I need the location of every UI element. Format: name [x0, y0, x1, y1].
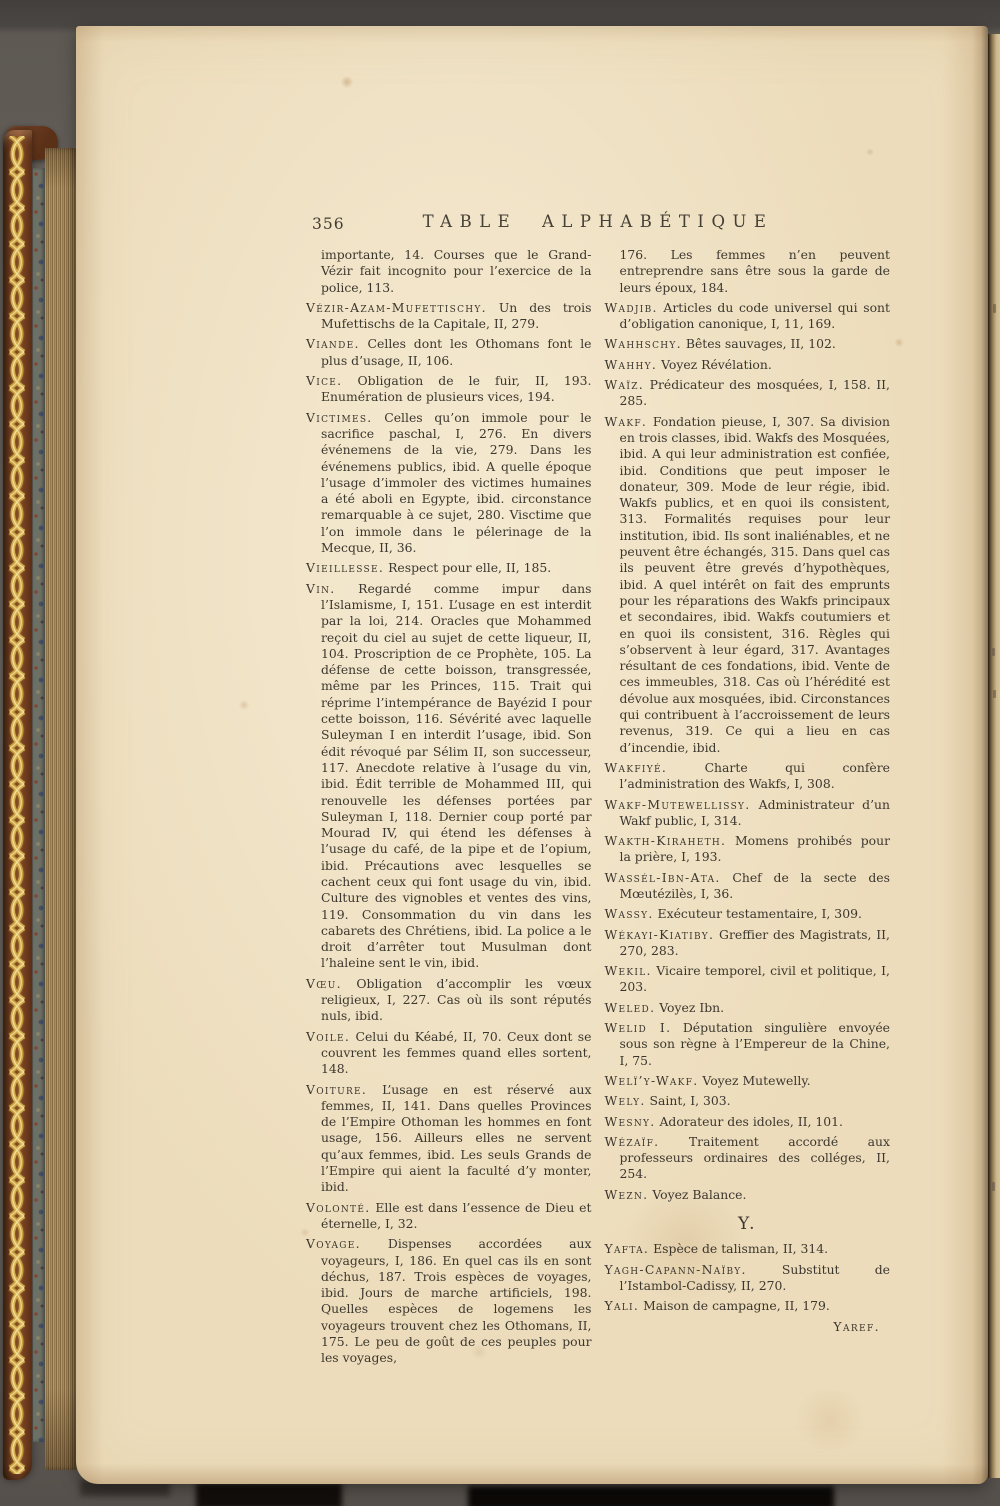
entry-term: Wakf. [605, 414, 648, 429]
index-entry: Wakf. Fondation pieuse, I, 307. Sa divis… [605, 414, 891, 756]
index-entry-continuation: importante, 14. Courses que le Grand-Véz… [306, 247, 592, 296]
entry-term: Yagh-Capann-Naïby. [605, 1262, 747, 1277]
entry-term: Wezn. [605, 1187, 649, 1202]
index-columns: importante, 14. Courses que le Grand-Véz… [306, 247, 890, 1371]
index-entry: Volonté. Elle est dans l’essence de Dieu… [306, 1200, 592, 1233]
entry-term: Yafta. [605, 1241, 650, 1256]
entry-term: Wakfiyé. [605, 760, 668, 775]
facing-page-text-fragment [993, 304, 996, 313]
facing-page-text-fragment [993, 690, 996, 698]
entry-term: Viande. [306, 336, 360, 351]
entry-term: Vin. [306, 581, 336, 596]
facing-page-edge [988, 34, 1000, 1478]
index-entry: Wassél-Ibn-Ata. Chef de la secte des Mœu… [605, 870, 891, 903]
entry-term: Waïz. [605, 377, 644, 392]
index-entry: Wakf-Mutewellissy. Administrateur d’un W… [605, 797, 891, 830]
entry-term: Vœu. [306, 976, 342, 991]
gilt-rope-pattern-icon [7, 136, 27, 1474]
index-entry: Vézir-Azam-Mufettischy. Un des trois Muf… [306, 300, 592, 333]
floor-shadow [196, 1483, 342, 1506]
catchword: Yaref. [605, 1319, 891, 1335]
left-column: importante, 14. Courses que le Grand-Véz… [306, 247, 592, 1371]
index-entry: Wezn. Voyez Balance. [605, 1187, 891, 1203]
index-entry: Voile. Celui du Kéabé, II, 70. Ceux dont… [306, 1029, 592, 1078]
entry-term: Wakf-Mutewellissy. [605, 797, 751, 812]
entry-term: Wesny. [605, 1114, 656, 1129]
entry-term: Wassy. [605, 906, 654, 921]
entry-term: Voile. [306, 1029, 350, 1044]
section-heading: Y. [605, 1216, 891, 1232]
index-entry: Wékayi-Kiatiby. Greffier des Magistrats,… [605, 927, 891, 960]
index-entry: Wassy. Exécuteur testamentaire, I, 309. [605, 906, 891, 922]
entry-term: Yali. [605, 1298, 640, 1313]
index-entry: Welid I. Députation singulière envoyée s… [605, 1020, 891, 1069]
right-column: 176. Les femmes n’en peuvent entreprendr… [605, 247, 891, 1371]
page-block-edge [45, 148, 77, 1470]
floor-shadow [468, 1486, 834, 1506]
index-entry: Wakth-Kiraheth. Momens prohibés pour la … [605, 833, 891, 866]
entry-term: Volonté. [306, 1200, 370, 1215]
entry-term: Wahhy. [605, 357, 658, 372]
entry-term: Wézaïf. [605, 1134, 660, 1149]
index-entry: Weled. Voyez Ibn. [605, 1000, 891, 1016]
index-entry-continuation: 176. Les femmes n’en peuvent entreprendr… [605, 247, 891, 296]
page-title: TABLE ALPHABÉTIQUE [305, 212, 891, 231]
page-header: 356 TABLE ALPHABÉTIQUE [305, 212, 891, 240]
index-entry: Vœu. Obligation d’accomplir les vœux rel… [306, 976, 592, 1025]
index-entry: Wakfiyé. Charte qui confère l’administra… [605, 760, 891, 793]
index-entry: Yafta. Espèce de talisman, II, 314. [605, 1241, 891, 1257]
book-photo-scene: 356 TABLE ALPHABÉTIQUE importante, 14. C… [0, 0, 1000, 1506]
facing-page-text-fragment [992, 648, 995, 656]
entry-term: Wahhschy. [605, 336, 682, 351]
marbled-board-edge [33, 168, 45, 1442]
index-entry: Wesny. Adorateur des idoles, II, 101. [605, 1114, 891, 1130]
index-entry: Voyage. Dispenses accordées aux voyageur… [306, 1236, 592, 1366]
index-entry: Wadjib. Articles du code universel qui s… [605, 300, 891, 333]
index-entry: Wahhy. Voyez Révélation. [605, 357, 891, 373]
entry-term: Welï’y-Wakf. [605, 1073, 699, 1088]
entry-term: Voiture. [306, 1082, 367, 1097]
index-entry: Yagh-Capann-Naïby. Substitut de l’Istamb… [605, 1262, 891, 1295]
index-entry: Wahhschy. Bêtes sauvages, II, 102. [605, 336, 891, 352]
index-entry: Wely. Saint, I, 303. [605, 1093, 891, 1109]
index-entry: Victimes. Celles qu’on immole pour le sa… [306, 410, 592, 557]
entry-term: Welid I. [605, 1020, 672, 1035]
index-entry: Vice. Obligation de le fuir, II, 193. En… [306, 373, 592, 406]
index-entry: Waïz. Prédicateur des mosquées, I, 158. … [605, 377, 891, 410]
index-entry: Yali. Maison de campagne, II, 179. [605, 1298, 891, 1314]
index-entry: Viande. Celles dont les Othomans font le… [306, 336, 592, 369]
entry-term: Vézir-Azam-Mufettischy. [306, 300, 487, 315]
index-entry: Vieillesse. Respect pour elle, II, 185. [306, 560, 592, 576]
entry-term: Wely. [605, 1093, 646, 1108]
index-entry: Wézaïf. Traitement accordé aux professeu… [605, 1134, 891, 1183]
entry-term: Wassél-Ibn-Ata. [605, 870, 721, 885]
index-entry: Welï’y-Wakf. Voyez Mutewelly. [605, 1073, 891, 1089]
index-entry: Voiture. L’usage en est réservé aux femm… [306, 1082, 592, 1196]
entry-term: Wekil. [605, 963, 652, 978]
entry-term: Vice. [306, 373, 342, 388]
entry-term: Wakth-Kiraheth. [605, 833, 727, 848]
entry-term: Voyage. [306, 1236, 361, 1251]
index-entry: Wekil. Vicaire temporel, civil et politi… [605, 963, 891, 996]
entry-term: Victimes. [306, 410, 373, 425]
index-entry: Vin. Regardé comme impur dans l’Islamism… [306, 581, 592, 972]
entry-term: Wékayi-Kiatiby. [605, 927, 715, 942]
entry-term: Weled. [605, 1000, 656, 1015]
facing-page-text-fragment [992, 1182, 995, 1191]
entry-term: Vieillesse. [306, 560, 384, 575]
entry-term: Wadjib. [605, 300, 658, 315]
